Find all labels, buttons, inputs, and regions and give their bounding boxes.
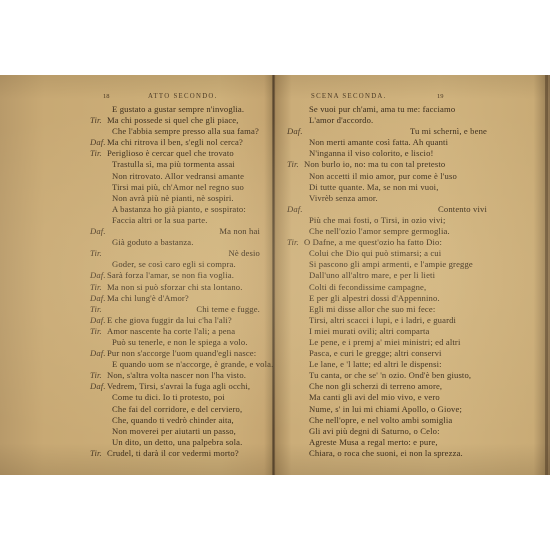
left-page-number: 18 [103,91,110,102]
verse-text: Ma chi lung'è d'Amor? [107,293,189,304]
verse-line: L'amor d'accordo. [287,115,487,126]
verse-line: Faccia altri or la sua parte. [90,215,260,226]
speaker-tag: Daf. [90,315,106,326]
verse-line: Tir.Chi teme e fugge. [90,304,260,315]
verse-line: Tir.Non burlo io, no: ma tu con tal pret… [287,159,487,170]
verse-line: E quando uom se n'accorge, è grande, e v… [90,359,260,370]
left-running-head: 18 ATTO SECONDO. [90,91,260,102]
verse-line: Daf.Sarà forza l'amar, se non fia voglia… [90,270,260,281]
speaker-tag: Daf. [90,270,106,281]
verse-line: Le lane, e 'l latte; ed altri le dispens… [287,359,487,370]
verse-line: Dall'uno all'altro mare, e per li lieti [287,270,487,281]
verse-text: Agreste Musa a regal merto: e pure, [309,437,438,448]
verse-text: Sarà forza l'amar, se non fia voglia. [107,270,234,281]
verse-text: Le lane, e 'l latte; ed altri le dispens… [309,359,442,370]
verse-line: Se vuoi pur ch'ami, ama tu me: facciamo [287,104,487,115]
verse-line: I miei murati ovili; altri comparta [287,326,487,337]
verse-text: Non avrà più nè pianti, nè sospiri. [112,193,234,204]
speaker-tag: Tir. [287,159,299,170]
verse-text: Chiara, o roca che suoni, ei non la spre… [309,448,463,459]
verse-line: Tir.O Dafne, a me quest'ozio ha fatto Di… [287,237,487,248]
speaker-tag: Daf. [90,348,106,359]
speaker-tag: Daf. [90,137,106,148]
verse-line: Colti di fecondissime campagne, [287,282,487,293]
speaker-tag: Daf. [287,126,303,137]
verse-line: Daf.Ma chi ritrova il ben, s'egli nol ce… [90,137,260,148]
verse-text: Faccia altri or la sua parte. [112,215,208,226]
verse-text: Può su tenerle, e non le spiega a volo. [112,337,248,348]
verse-text: Ma chi ritrova il ben, s'egli nol cerca? [107,137,243,148]
verse-line: Tirsi mai più, ch'Amor nel regno suo [90,182,260,193]
verse-text: L'amor d'accordo. [309,115,373,126]
verse-line: Che nell'opre, e nel volto ambi somiglia [287,415,487,426]
verse-text: Più che mai fosti, o Tirsi, in ozio vivi… [309,215,446,226]
verse-text: Goder, se così caro egli si compra. [112,259,236,270]
verse-line: Daf.E che giova fuggir da lui c'ha l'ali… [90,315,260,326]
speaker-tag: Tir. [287,237,299,248]
verse-text: Amor nascente ha corte l'ali; a pena [107,326,235,337]
verse-line: Egli mi disse allor che suo mi fece: [287,304,487,315]
speaker-tag: Tir. [90,304,102,315]
verse-text: Non merti amante così fatta. Ah quanti [309,137,448,148]
verse-line: Trastulla sì, ma più tormenta assai [90,159,260,170]
verse-line: Non avrà più nè pianti, nè sospiri. [90,193,260,204]
right-page-number: 19 [437,91,444,102]
verse-text: Che l'abbia sempre presso alla sua fama? [112,126,259,137]
verse-line: Già goduto a bastanza. [90,237,260,248]
verse-line: Daf.Tu mi schernì, e bene [287,126,487,137]
verse-text: Colti di fecondissime campagne, [309,282,426,293]
speaker-tag: Tir. [90,370,102,381]
book-gutter [272,75,275,475]
verse-line: Tir.Amor nascente ha corte l'ali; a pena [90,326,260,337]
verse-line: Si pascono gli ampi armenti, e l'ampie g… [287,259,487,270]
speaker-tag: Tir. [90,148,102,159]
verse-text: Che fai del corridore, e del cerviero, [112,404,242,415]
verse-line: Che non gli scherzi di terreno amore, [287,381,487,392]
verse-text: Pur non s'accorge l'uom quand'egli nasce… [107,348,256,359]
verse-text: E per gli alpestri dossi d'Appennino. [309,293,440,304]
verse-text: Già goduto a bastanza. [112,237,194,248]
right-running-head: SCENA SECONDA. 19 [287,91,487,102]
verse-line: Non moverei per aiutarti un passo, [90,426,260,437]
speaker-tag: Tir. [90,248,102,259]
verse-text: Le pene, e i premj a' miei ministri; ed … [309,337,460,348]
verse-text: Non burlo io, no: ma tu con tal pretesto [304,159,445,170]
verse-line: Che, quando ti vedrò chinder aita, [90,415,260,426]
verse-line: Non accetti il mio amor, pur come è l'us… [287,171,487,182]
verse-text: Egli mi disse allor che suo mi fece: [309,304,435,315]
verse-line: N'inganna il viso colorito, e liscio! [287,148,487,159]
verse-text: Tu mi schernì, e bene [410,126,487,137]
verse-text: Ma chi possede si quel che gli piace, [107,115,239,126]
speaker-tag: Tir. [90,448,102,459]
verse-text: E gustato a gustar sempre n'invoglia. [112,104,244,115]
verse-text: Come tu dici. Io ti protesto, poi [112,392,225,403]
verse-text: Vivrèb senza amor. [309,193,378,204]
verse-line: Più che mai fosti, o Tirsi, in ozio vivi… [287,215,487,226]
verse-text: Ma non hai [219,226,260,237]
verse-text: Non moverei per aiutarti un passo, [112,426,236,437]
verse-text: Tirsi mai più, ch'Amor nel regno suo [112,182,244,193]
verse-text: Gli avi più degni di Saturno, o Celo: [309,426,440,437]
verse-text: Nume, s' in lui mi chiami Apollo, o Giov… [309,404,462,415]
verse-text: Tu canta, or che se' 'n ozio. Ond'è ben … [309,370,471,381]
verse-text: Che nell'opre, e nel volto ambi somiglia [309,415,452,426]
speaker-tag: Daf. [287,204,303,215]
verse-text: Un dito, un detto, una palpebra sola. [112,437,242,448]
verse-line: Agreste Musa a regal merto: e pure, [287,437,487,448]
speaker-tag: Tir. [90,282,102,293]
verse-text: Nè desio [228,248,260,259]
verse-line: Colui che Dio qui può stimarsi; a cui [287,248,487,259]
verse-line: Le pene, e i premj a' miei ministri; ed … [287,337,487,348]
verse-text: Vedrem, Tirsi, s'avrai la fuga agli occh… [107,381,250,392]
verse-line: Tir.Periglioso è cercar quel che trovato [90,148,260,159]
verse-text: I miei murati ovili; altri comparta [309,326,430,337]
verse-line: A bastanza ho già pianto, e sospirato: [90,204,260,215]
verse-line: Può su tenerle, e non le spiega a volo. [90,337,260,348]
verse-text: Dall'uno all'altro mare, e per li lieti [309,270,435,281]
verse-line: Tu canta, or che se' 'n ozio. Ond'è ben … [287,370,487,381]
verse-line: Che nell'ozio l'amor sempre germoglia. [287,226,487,237]
verse-line: Nume, s' in lui mi chiami Apollo, o Giov… [287,404,487,415]
verse-text: Colui che Dio qui può stimarsi; a cui [309,248,441,259]
verse-line: E gustato a gustar sempre n'invoglia. [90,104,260,115]
verse-line: Gli avi più degni di Saturno, o Celo: [287,426,487,437]
verse-text: Pasca, e curi le gregge; altri conservi [309,348,442,359]
left-running-title: ATTO SECONDO. [148,91,218,102]
verse-line: Tir.Non, s'altra volta nascer non l'ha v… [90,370,260,381]
speaker-tag: Tir. [90,326,102,337]
verse-text: Contento vivi [438,204,487,215]
verse-text: Ma canti gli avi del mio vivo, e vero [309,392,440,403]
verse-line: Un dito, un detto, una palpebra sola. [90,437,260,448]
verse-text: Non ritrovato. Allor vedransi amante [112,171,244,182]
verse-line: Non merti amante così fatta. Ah quanti [287,137,487,148]
verse-text: Che non gli scherzi di terreno amore, [309,381,442,392]
verse-line: Non ritrovato. Allor vedransi amante [90,171,260,182]
verse-line: Chiara, o roca che suoni, ei non la spre… [287,448,487,459]
verse-line: Daf.Contento vivi [287,204,487,215]
verse-line: Tir.Ma chi possede si quel che gli piace… [90,115,260,126]
verse-line: Daf.Ma chi lung'è d'Amor? [90,293,260,304]
verse-text: Ma non si può sforzar chi sta lontano. [107,282,243,293]
verse-line: Ma canti gli avi del mio vivo, e vero [287,392,487,403]
verse-text: Non accetti il mio amor, pur come è l'us… [309,171,457,182]
verse-text: Che, quando ti vedrò chinder aita, [112,415,234,426]
verse-text: Si pascono gli ampi armenti, e l'ampie g… [309,259,473,270]
verse-line: Daf.Pur non s'accorge l'uom quand'egli n… [90,348,260,359]
page-edge [545,75,548,475]
verse-line: Tir.Ma non si può sforzar chi sta lontan… [90,282,260,293]
verse-line: Che fai del corridore, e del cerviero, [90,404,260,415]
verse-line: Pasca, e curi le gregge; altri conservi [287,348,487,359]
right-page: SCENA SECONDA. 19 Se vuoi pur ch'ami, am… [287,75,487,475]
right-running-title: SCENA SECONDA. [311,91,387,102]
verse-text: Crudel, ti darà il cor vedermi morto? [107,448,239,459]
verse-line: Che l'abbia sempre presso alla sua fama? [90,126,260,137]
verse-line: Tirsi, altri scacci i lupi, e i ladri, e… [287,315,487,326]
verse-text: E che giova fuggir da lui c'ha l'ali? [107,315,232,326]
verse-text: Non, s'altra volta nascer non l'ha visto… [107,370,246,381]
verse-line: E per gli alpestri dossi d'Appennino. [287,293,487,304]
verse-text: Trastulla sì, ma più tormenta assai [112,159,235,170]
verse-text: A bastanza ho già pianto, e sospirato: [112,204,246,215]
speaker-tag: Daf. [90,381,106,392]
verse-text: Tirsi, altri scacci i lupi, e i ladri, e… [309,315,456,326]
verse-text: Che nell'ozio l'amor sempre germoglia. [309,226,450,237]
speaker-tag: Daf. [90,226,106,237]
left-page: 18 ATTO SECONDO. E gustato a gustar semp… [90,75,260,475]
verse-text: Chi teme e fugge. [196,304,260,315]
verse-line: Come tu dici. Io ti protesto, poi [90,392,260,403]
right-page-text: Se vuoi pur ch'ami, ama tu me: facciamoL… [287,104,487,459]
verse-line: Goder, se così caro egli si compra. [90,259,260,270]
verse-text: Di tutte quante. Ma, se non mi vuoi, [309,182,439,193]
verse-line: Tir.Crudel, ti darà il cor vedermi morto… [90,448,260,459]
open-book-spread: 18 ATTO SECONDO. E gustato a gustar semp… [0,75,550,475]
verse-text: E quando uom se n'accorge, è grande, e v… [112,359,273,370]
verse-text: N'inganna il viso colorito, e liscio! [309,148,434,159]
speaker-tag: Tir. [90,115,102,126]
verse-line: Di tutte quante. Ma, se non mi vuoi, [287,182,487,193]
left-page-text: E gustato a gustar sempre n'invoglia.Tir… [90,104,260,459]
verse-text: Se vuoi pur ch'ami, ama tu me: facciamo [309,104,455,115]
verse-line: Vivrèb senza amor. [287,193,487,204]
verse-text: Periglioso è cercar quel che trovato [107,148,234,159]
verse-line: Tir.Nè desio [90,248,260,259]
verse-line: Daf.Vedrem, Tirsi, s'avrai la fuga agli … [90,381,260,392]
verse-text: O Dafne, a me quest'ozio ha fatto Dio: [304,237,442,248]
speaker-tag: Daf. [90,293,106,304]
verse-line: Daf.Ma non hai [90,226,260,237]
